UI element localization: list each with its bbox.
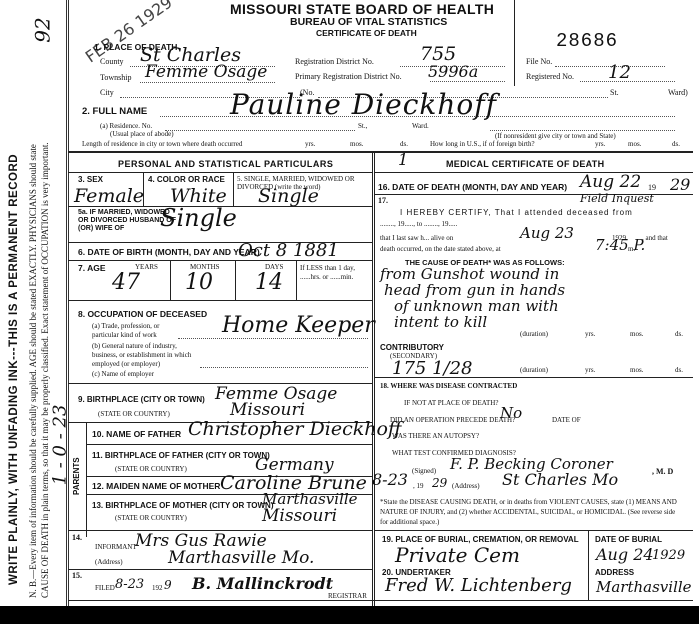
form-title: CERTIFICATE OF DEATH — [316, 28, 417, 38]
marital-status-field[interactable]: Single — [258, 185, 319, 207]
bureau-title: BUREAU OF VITAL STATISTICS — [290, 16, 447, 28]
filed-date-field[interactable]: 8-23 — [115, 577, 144, 592]
instructions-line-2: CAUSE OF DEATH in plain terms, so that i… — [40, 142, 50, 598]
certificate-number: 28686 — [556, 30, 618, 52]
date-of-birth-field[interactable]: Oct 8 1881 — [238, 240, 339, 261]
undertaker-address-field[interactable]: Marthasville — [596, 578, 692, 596]
scan-border — [0, 606, 699, 624]
medical-section-title: MEDICAL CERTIFICATE OF DEATH — [446, 159, 604, 169]
cause-footnote: *State the DISEASE CAUSING DEATH, or in … — [380, 497, 685, 527]
margin-number: 92 — [31, 17, 55, 42]
date-of-death-field[interactable]: Aug 22 — [580, 172, 641, 192]
birthplace-state-field[interactable]: Missouri — [230, 400, 305, 420]
burial-year-field[interactable]: 1929 — [652, 548, 685, 563]
township-field[interactable]: Femme Osage — [145, 62, 267, 82]
sex-field[interactable]: Female — [74, 185, 144, 207]
inquest-note: Field Inquest — [580, 192, 654, 205]
contributory-field[interactable]: 175 1/28 — [392, 358, 473, 379]
registered-number-field[interactable]: 12 — [608, 62, 631, 83]
death-year-field[interactable]: 29 — [670, 175, 690, 194]
filed-year-field[interactable]: 9 — [164, 578, 172, 592]
cause-of-death-field[interactable]: from Gunshot wound in head from gun in h… — [380, 266, 565, 330]
mother-birthplace-state-field[interactable]: Missouri — [262, 506, 337, 526]
age-days-field[interactable]: 14 — [255, 270, 283, 295]
physician-address-field[interactable]: St Charles Mo — [502, 470, 618, 489]
instructions-line-1: N. B.—Every item of information should b… — [28, 144, 38, 598]
informant-address-field[interactable]: Marthasville Mo. — [168, 548, 314, 568]
signed-date-field[interactable]: 8-23 — [372, 470, 408, 489]
last-seen-alive-field[interactable]: Aug 23 — [520, 224, 574, 242]
time-of-death-field[interactable]: 7:45 P. — [595, 236, 645, 254]
burial-date-field[interactable]: Aug 24 — [596, 545, 654, 564]
spouse-field[interactable]: Single — [160, 204, 237, 232]
full-name-label: 2. FULL NAME — [82, 106, 147, 117]
operation-field[interactable]: No — [500, 404, 522, 422]
primary-registration-field[interactable]: 5996a — [428, 62, 478, 81]
permanent-record-notice: WRITE PLAINLY, WITH UNFADING INK---THIS … — [8, 154, 20, 585]
full-name-field[interactable]: Pauline Dieckhoff — [230, 88, 497, 121]
parents-label: PARENTS — [72, 457, 81, 495]
margin-instructions: WRITE PLAINLY, WITH UNFADING INK---THIS … — [0, 0, 69, 606]
age-years-field[interactable]: 47 — [112, 270, 140, 295]
registrar-field[interactable]: B. Mallinckrodt — [192, 574, 333, 593]
father-name-field[interactable]: Christopher Dieckhoff — [188, 418, 401, 440]
personal-section-title: PERSONAL AND STATISTICAL PARTICULARS — [118, 159, 333, 169]
burial-place-field[interactable]: Private Cem — [395, 543, 520, 567]
page-title: MISSOURI STATE BOARD OF HEALTH — [230, 1, 494, 17]
age-months-field[interactable]: 10 — [185, 270, 213, 295]
occupation-field[interactable]: Home Keeper — [222, 313, 375, 338]
undertaker-field[interactable]: Fred W. Lichtenberg — [385, 575, 572, 596]
